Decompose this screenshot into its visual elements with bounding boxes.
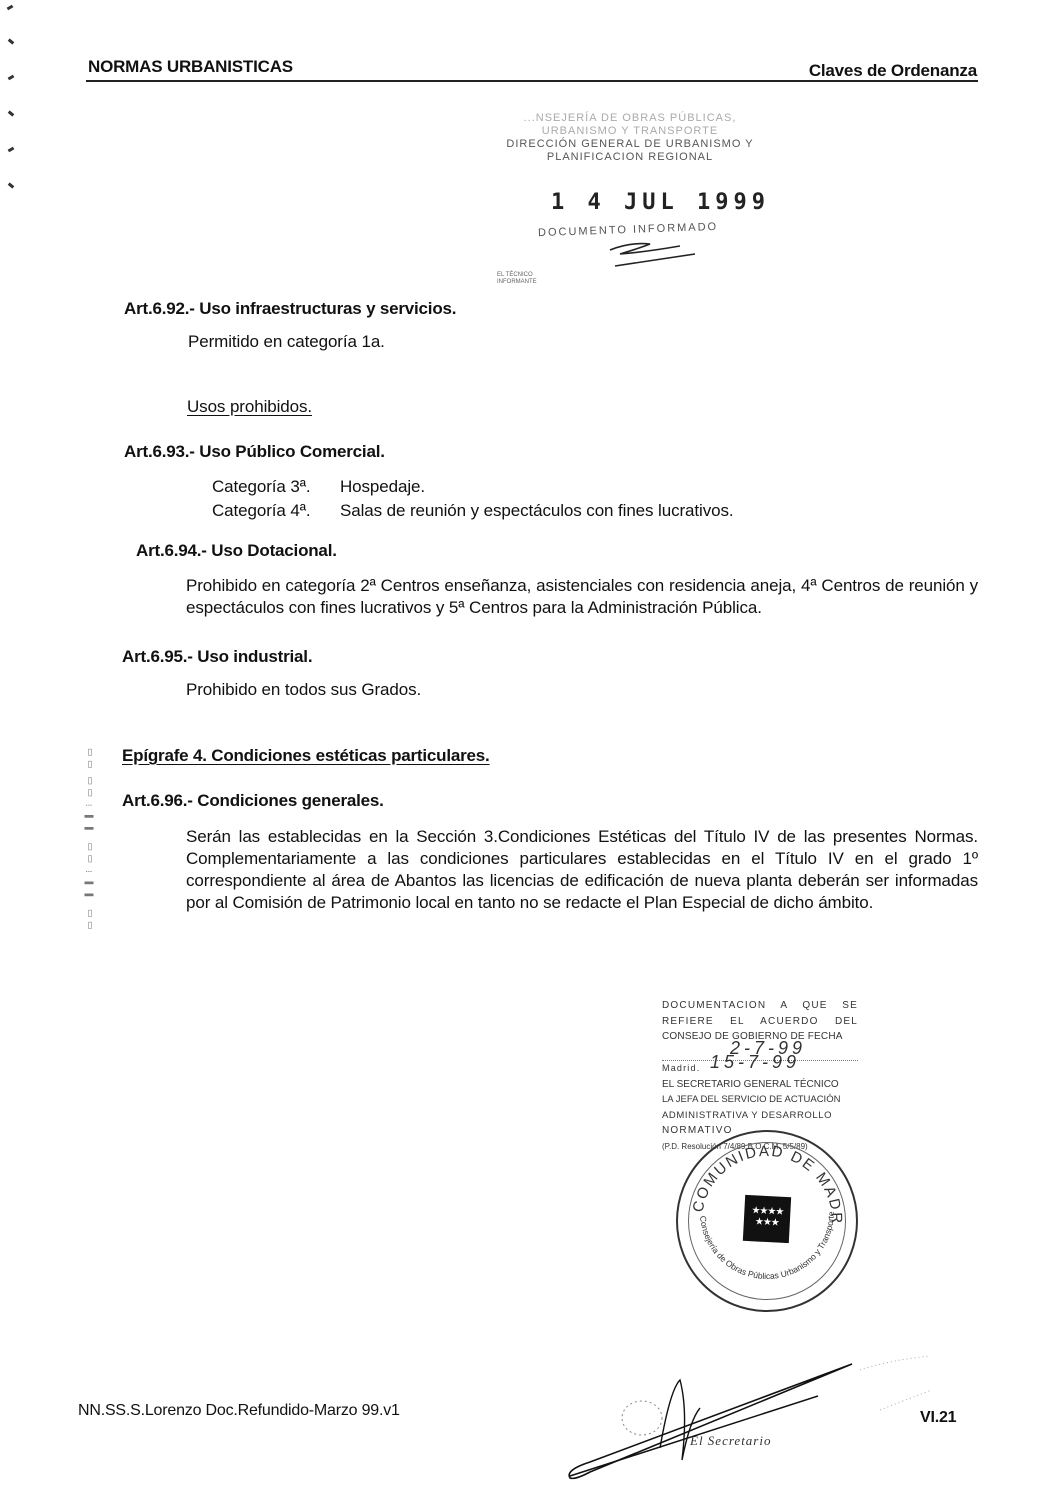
signature-caption: El Secretario [690,1433,771,1449]
article-title: Art.6.96.- Condiciones generales. [122,791,384,811]
madrid-flag-icon: ★★★★ ★★★ [743,1195,791,1243]
signature-scribble [560,1350,960,1490]
epigraph-heading: Epígrafe 4. Condiciones estéticas partic… [122,746,490,766]
article-body: Permitido en categoría 1a. [188,332,385,352]
header-divider [86,80,978,82]
scan-mark [7,5,14,11]
article-body: Prohibido en categoría 2ª Centros enseña… [186,575,978,619]
category-list: Categoría 3ª. Hospedaje. Categoría 4ª. S… [212,475,733,523]
scan-mark [8,38,15,44]
article-title: Art.6.95.- Uso industrial. [122,647,312,667]
stamp-line: DIRECCIÓN GENERAL DE URBANISMO Y [505,138,755,151]
registry-stamp: ...NSEJERÍA DE OBRAS PÚBLICAS, URBANISMO… [505,112,755,164]
margin-registration-stamp: ▯▯ ▬▬ ⁝ ▯▯ ▬▬ ⁝ ▯▯ ▯▯ [84,595,94,930]
stamp-initials-scribble [590,232,700,272]
category-item: Categoría 3ª. Hospedaje. [212,475,733,499]
section-subheading: Usos prohibidos. [187,397,312,417]
scan-mark [8,110,15,116]
stamp-line: ...NSEJERÍA DE OBRAS PÚBLICAS, [505,112,755,125]
header-title: NORMAS URBANISTICAS [88,57,293,77]
official-seal: COMUNIDAD DE MADRID Consejería de Obras … [676,1130,858,1312]
stamp-signer: EL TÉCNICO INFORMANTE [497,272,537,286]
scan-mark [8,75,15,81]
article-body: Serán las establecidas en la Sección 3.C… [186,826,978,914]
stamp-line: PLANIFICACION REGIONAL [505,151,755,164]
article-title: Art.6.94.- Uso Dotacional. [136,541,337,561]
footer-document-ref: NN.SS.S.Lorenzo Doc.Refundido-Marzo 99.v… [78,1402,400,1420]
category-item: Categoría 4ª. Salas de reunión y espectá… [212,499,733,523]
page-number: VI.21 [920,1409,956,1427]
scan-mark [8,182,15,188]
header-section: Claves de Ordenanza [809,61,977,81]
scan-mark [8,147,15,153]
article-title: Art.6.93.- Uso Público Comercial. [124,442,385,462]
article-title: Art.6.92.- Uso infraestructuras y servic… [124,299,456,319]
stamp-date: 1 4 JUL 1999 [551,190,770,215]
handwritten-date: 15-7-99 [710,1055,800,1071]
stamp-line: URBANISMO Y TRANSPORTE [505,125,755,138]
article-body: Prohibido en todos sus Grados. [186,680,421,700]
